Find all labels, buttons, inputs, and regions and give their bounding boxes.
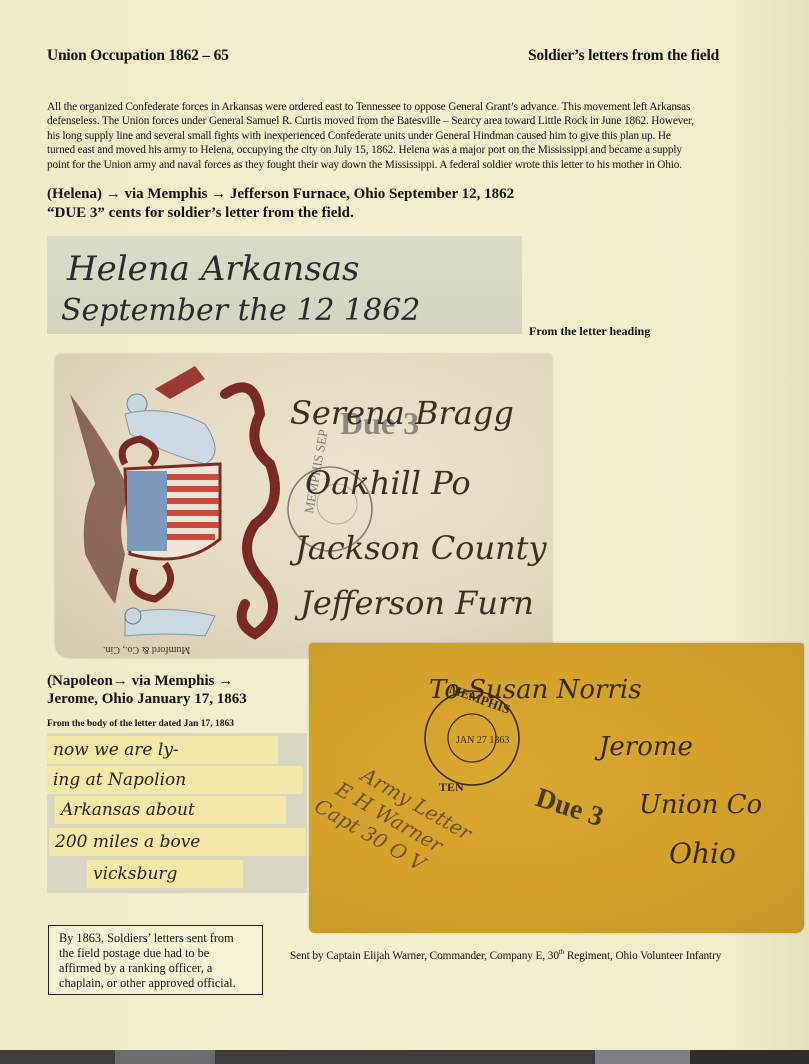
page-header-right: Soldier’s letters from the field bbox=[528, 47, 719, 65]
letter-strip: 200 miles a bove bbox=[49, 828, 305, 856]
intro-line: point for the Union army and naval force… bbox=[47, 158, 777, 172]
note-line: affirmed by a ranking officer, a bbox=[59, 961, 262, 976]
address-line-1: Serena Bragg bbox=[290, 394, 514, 432]
svg-text:TEN: TEN bbox=[439, 780, 464, 794]
section2-title: (Napoleon→ via Memphis → Jerome, Ohio Ja… bbox=[47, 672, 247, 708]
exhibit-page: Union Occupation 1862 – 65 Soldier’s let… bbox=[0, 0, 809, 1050]
note-line: the field postage due had to be bbox=[59, 946, 262, 961]
address-line-2: Oakhill Po bbox=[305, 464, 471, 502]
letter-heading-image: Helena Arkansas September the 12 1862 bbox=[47, 236, 522, 334]
scan-bottom-edge bbox=[0, 1050, 809, 1064]
page-header-left: Union Occupation 1862 – 65 bbox=[47, 47, 229, 65]
intro-line: turned east and moved his army to Helena… bbox=[47, 143, 777, 157]
intro-line: All the organized Confederate forces in … bbox=[47, 100, 777, 114]
letter-strip: Arkansas about bbox=[55, 796, 286, 824]
patriotic-cover: Due 3 MEMPHIS SEP Serena Bragg Oakhill P… bbox=[55, 354, 552, 658]
address-line-3: Union Co bbox=[639, 790, 762, 820]
letter-strip: vicksburg bbox=[87, 860, 243, 888]
eagle-shield-illustration-icon bbox=[70, 366, 275, 636]
note-line: By 1863, Soldiers’ letters sent from bbox=[59, 931, 262, 946]
section1-title: (Helena) → via Memphis → Jefferson Furna… bbox=[47, 185, 514, 223]
due-3-marking: Due 3 bbox=[532, 782, 607, 833]
section2-destination: Jerome, Ohio January 17, 1863 bbox=[47, 690, 247, 708]
letter-body-caption: From the body of the letter dated Jan 17… bbox=[47, 719, 234, 729]
stampless-cover: MEMPHIS TEN JAN 27 1863 To Susan Norris … bbox=[309, 643, 804, 933]
intro-line: defenseless. The Union forces under Gene… bbox=[47, 114, 777, 128]
letter-heading-caption: From the letter heading bbox=[529, 324, 650, 339]
note-line: chaplain, or other approved official. bbox=[59, 976, 262, 991]
address-line-3: Jackson County bbox=[289, 529, 548, 567]
heading-handwriting-line1: Helena Arkansas bbox=[66, 249, 360, 289]
letter-strip: now we are ly- bbox=[47, 736, 278, 764]
printer-imprint: Mumford & Co., Cin. bbox=[103, 644, 190, 655]
section1-route: (Helena) → via Memphis → Jefferson Furna… bbox=[47, 185, 514, 204]
address-line-1: To Susan Norris bbox=[429, 675, 642, 705]
officer-endorsement: Army Letter E H Warner Capt 30 O V bbox=[311, 750, 478, 889]
heading-handwriting-line2: September the 12 1862 bbox=[61, 293, 420, 328]
note-box: By 1863, Soldiers’ letters sent from the… bbox=[48, 925, 263, 995]
address-line-4: Ohio bbox=[669, 837, 736, 870]
sender-caption: Sent by Captain Elijah Warner, Commander… bbox=[290, 948, 721, 962]
letter-excerpt-image: now we are ly- ing at Napolion Arkansas … bbox=[47, 733, 307, 893]
intro-paragraph: All the organized Confederate forces in … bbox=[47, 100, 777, 172]
section2-route: (Napoleon→ via Memphis → bbox=[47, 672, 247, 690]
address-line-4: Jefferson Furn bbox=[294, 584, 534, 622]
intro-line: his long supply line and several small f… bbox=[47, 129, 777, 143]
svg-text:JAN 27 1863: JAN 27 1863 bbox=[456, 735, 509, 746]
letter-strip: ing at Napolion bbox=[47, 766, 303, 794]
section1-subtitle: “DUE 3” cents for soldier’s letter from … bbox=[47, 204, 514, 223]
address-line-2: Jerome bbox=[594, 732, 693, 762]
